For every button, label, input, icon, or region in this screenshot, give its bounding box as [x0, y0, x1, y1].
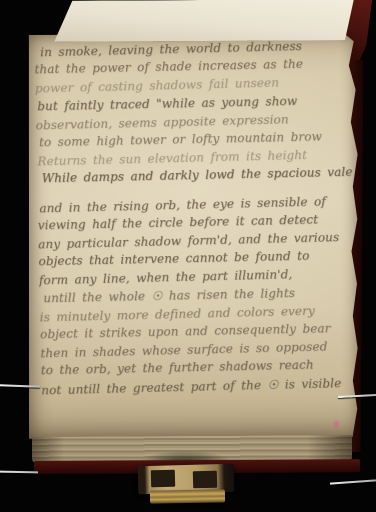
clasp-hole-left	[151, 470, 175, 488]
clasp-band	[150, 489, 225, 503]
previous-page-edge	[48, 0, 354, 42]
manuscript-page: in smoke, leaving the world to darkness …	[27, 33, 359, 439]
pink-paint-smudge	[334, 421, 339, 428]
page-holder-wire-left-low	[0, 471, 38, 474]
brass-clasp	[138, 462, 236, 508]
handwritten-text: in smoke, leaving the world to darkness …	[34, 36, 360, 437]
page-holder-wire-left-mid	[0, 384, 40, 387]
clasp-hole-right	[193, 471, 217, 489]
page-holder-wire-right-low	[330, 479, 376, 484]
sketchbook-photo: in smoke, leaving the world to darkness …	[0, 0, 376, 512]
